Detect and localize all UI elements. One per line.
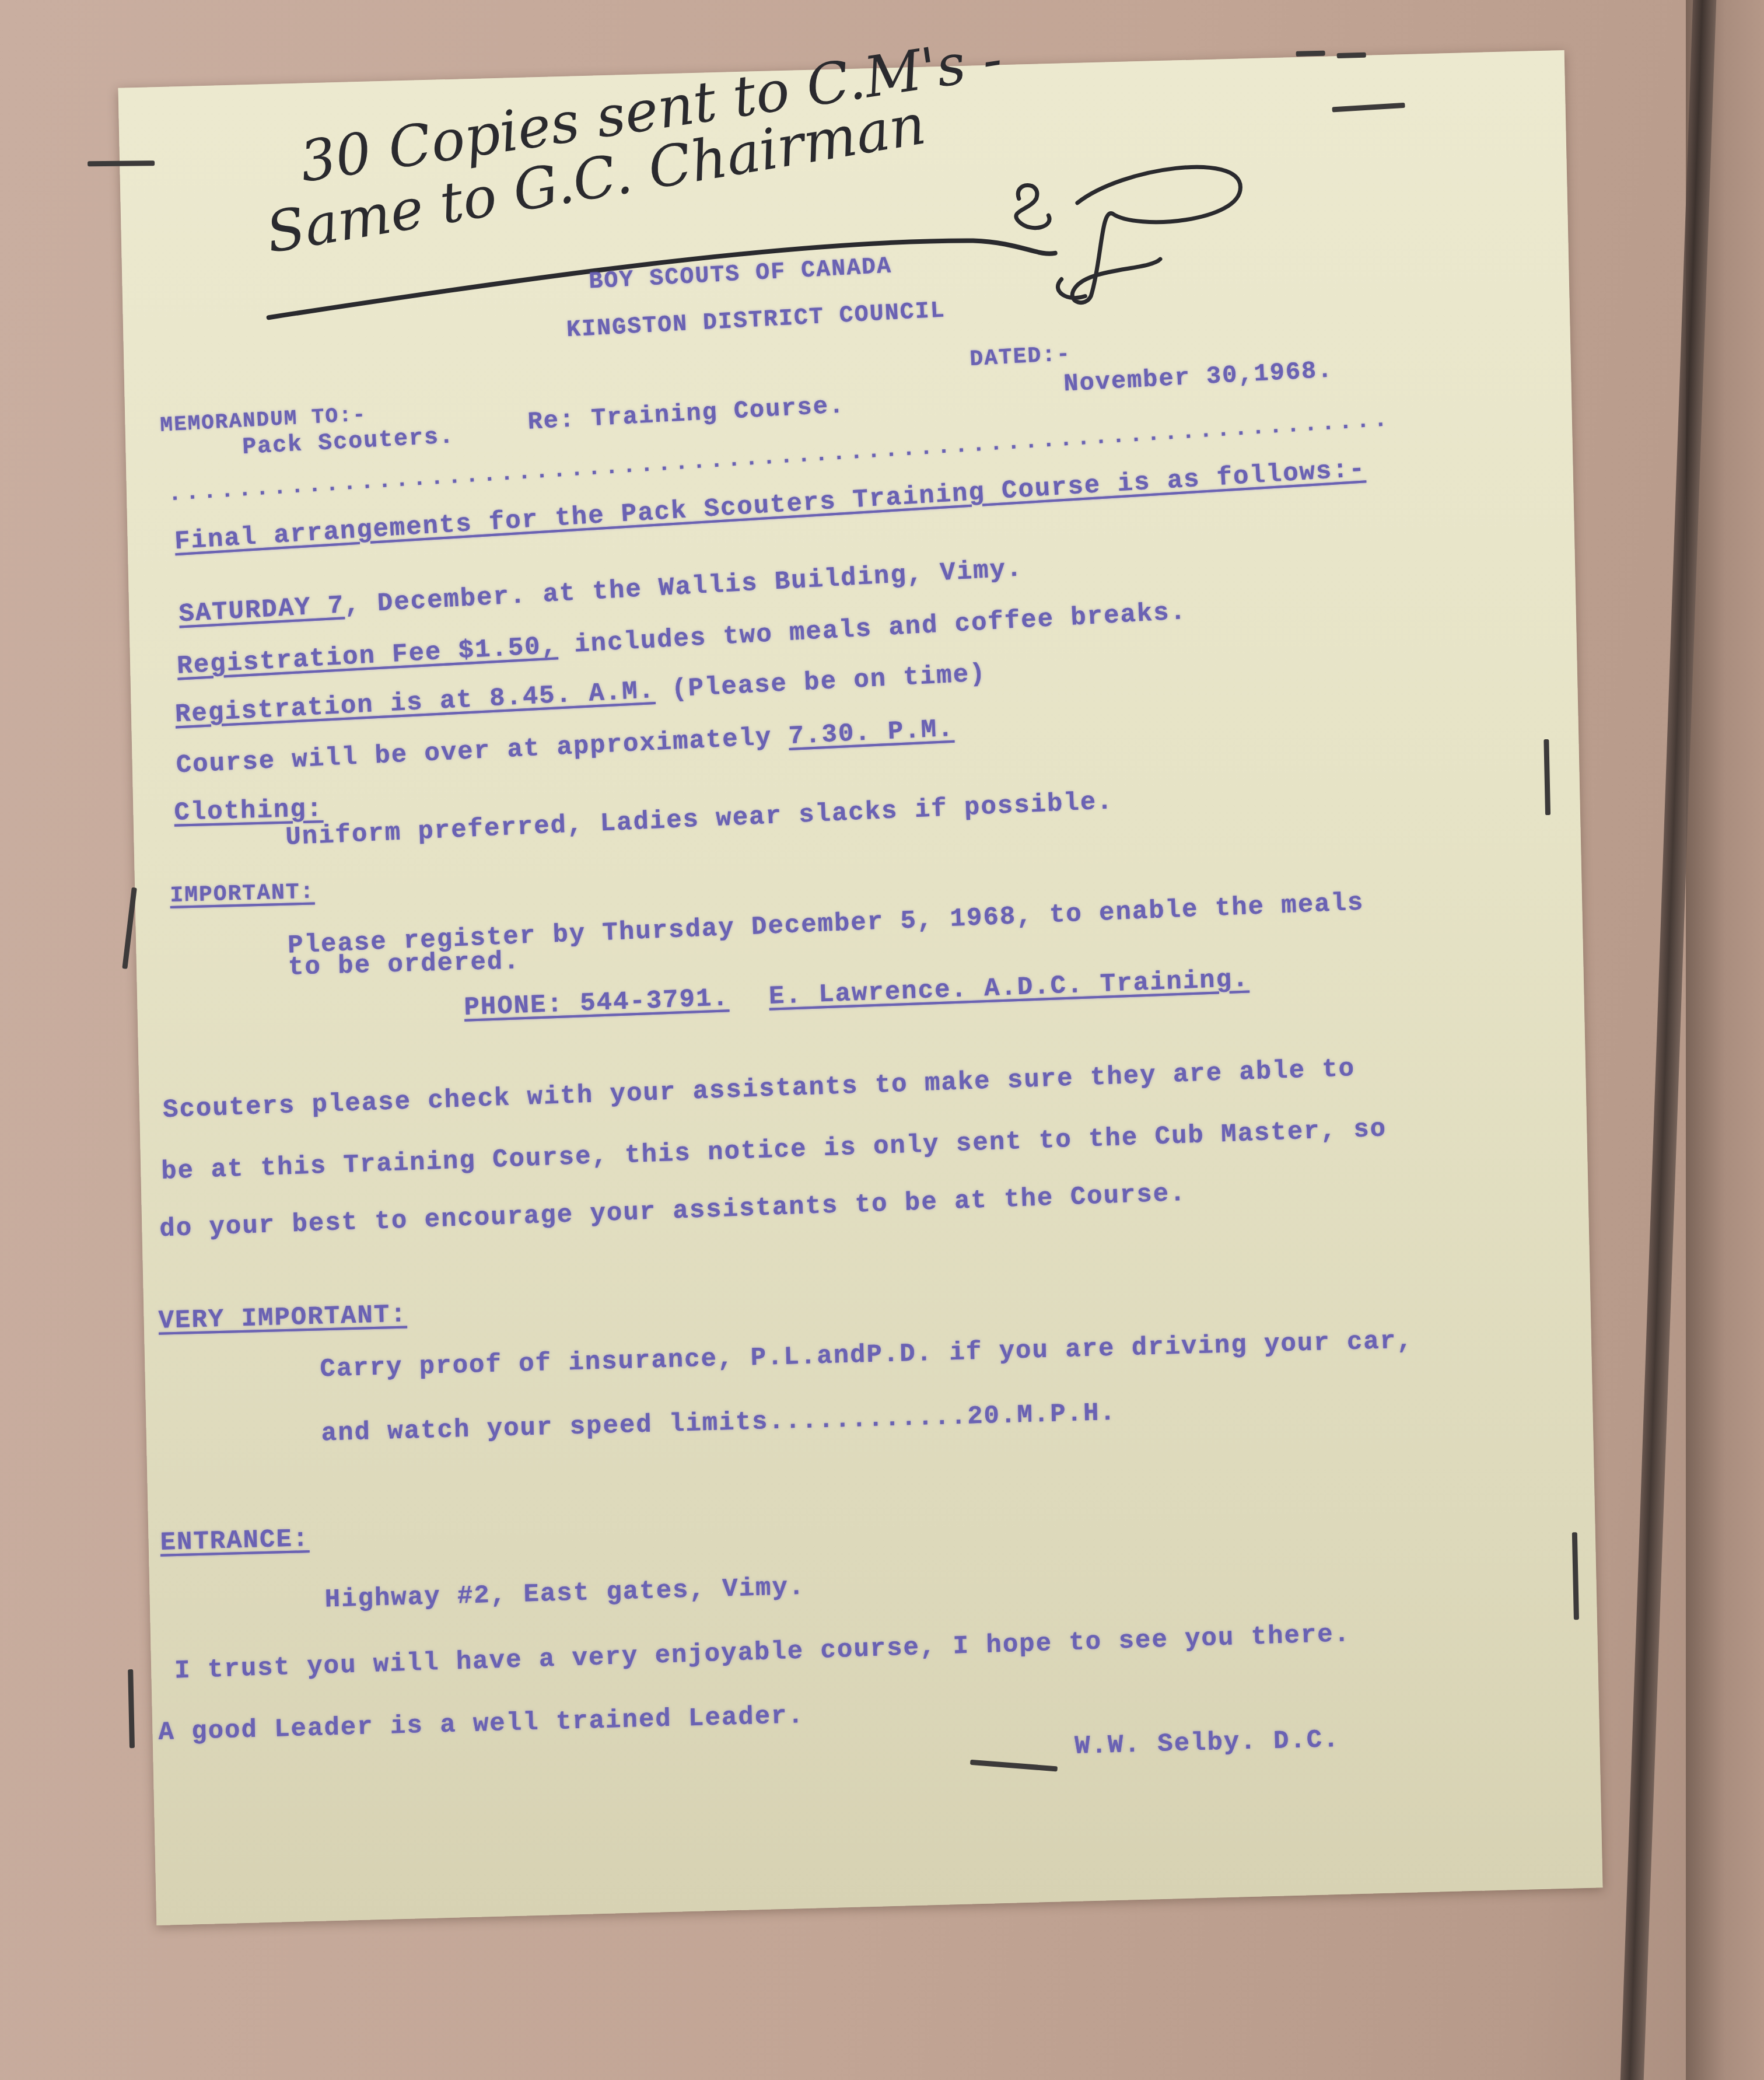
registration-time-value: Registration is at 8.45. A.M. [174, 676, 656, 730]
very-important-line2: and watch your speed limits............2… [321, 1399, 1116, 1449]
contact-phone: PHONE: 544-3791. [464, 984, 730, 1023]
scouters-line1: Scouters please check with your assistan… [162, 1054, 1355, 1125]
memo-document: 30 Copies sent to C.M's - Same to G.C. C… [118, 50, 1602, 1925]
entrance-value: Highway #2, East gates, Vimy. [324, 1573, 806, 1615]
course-date-location: , December. at the Wallis Building, Vimy… [344, 554, 1024, 620]
important-label: IMPORTANT: [170, 879, 315, 908]
dated-label: DATED:- [970, 342, 1072, 372]
contact-name: E. Lawrence. A.D.C. Training. [768, 965, 1249, 1012]
staple-top-left [87, 160, 155, 166]
staple-top-right [1332, 103, 1405, 113]
very-important-label: VERY IMPORTANT: [158, 1301, 407, 1336]
staple-bottom-signature [970, 1760, 1058, 1772]
staple-left-lower [128, 1669, 135, 1748]
course-end-time: 7.30. P.M. [788, 715, 955, 751]
registration-fee-includes: includes two meals and coffee breaks. [557, 597, 1187, 660]
staple-left-middle [122, 887, 137, 969]
clothing-value: Uniform preferred, Ladies wear slacks if… [285, 787, 1114, 852]
memo-re: Re: Training Course. [527, 391, 846, 436]
course-date-day: SATURDAY 7 [178, 591, 345, 629]
handwritten-initials-icon [995, 140, 1261, 322]
closing-line1: I trust you will have a very enjoyable c… [174, 1620, 1351, 1686]
memo-re-label: Re: [527, 405, 576, 436]
scouters-line3: do your best to encourage your assistant… [159, 1179, 1187, 1244]
memo-re-value: Training Course. [590, 391, 845, 433]
very-important-line1: Carry proof of insurance, P.L.andP.D. if… [320, 1326, 1413, 1384]
important-line2: to be ordered. [288, 947, 521, 982]
registration-fee-amount: Registration Fee $1.50, [176, 631, 558, 681]
entrance-label: ENTRANCE: [160, 1525, 310, 1558]
signature-name: W.W. Selby. D.C. [1074, 1725, 1340, 1761]
course-end: Course will be over at approximately 7.3… [176, 715, 955, 781]
staple-top-right-2 [1296, 51, 1325, 57]
staple-right-lower [1572, 1532, 1579, 1620]
contact-line: PHONE: 544-3791. E. Lawrence. A.D.C. Tra… [464, 965, 1249, 1023]
staple-top-right-3 [1337, 53, 1366, 58]
staple-right-upper [1543, 739, 1550, 815]
course-end-prefix: Course will be over at approximately [176, 722, 789, 780]
registration-time-note: (Please be on time) [654, 659, 987, 705]
closing-line2: A good Leader is a well trained Leader. [158, 1701, 804, 1747]
dated-value: November 30,1968. [1063, 356, 1333, 398]
scouters-line2: be at this Training Course, this notice … [161, 1114, 1387, 1186]
